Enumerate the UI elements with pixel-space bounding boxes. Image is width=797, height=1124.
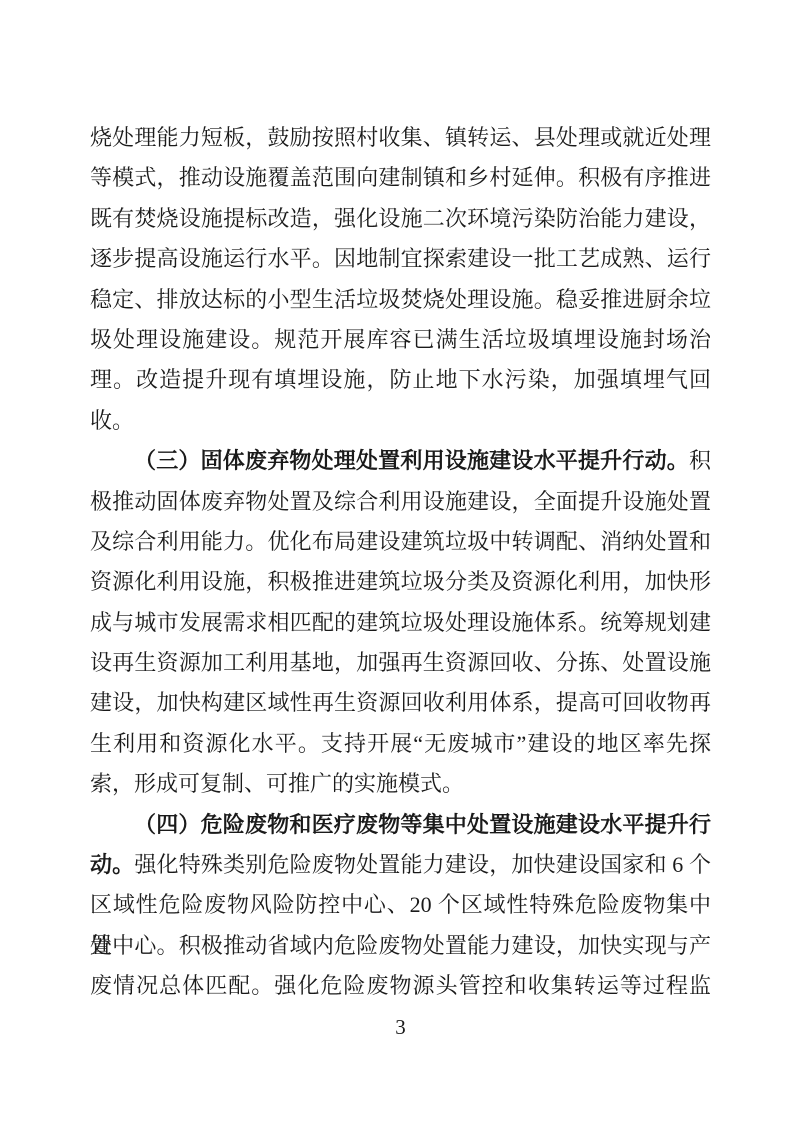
- text-line: 成与城市发展需求相匹配的建筑垃圾处理设施体系。统筹规划建: [90, 603, 711, 643]
- body-text: 理。改造提升现有填埋设施，防止地下水污染，加强填埋气回: [90, 367, 711, 392]
- section-heading-text: （三）固体废弃物处理处置利用设施建设水平提升行动。: [134, 448, 689, 473]
- text-line: 等模式，推动设施覆盖范围向建制镇和乡村延伸。积极有序推进: [90, 158, 711, 198]
- body-text: 极推动固体废弃物处置及综合利用设施建设，全面提升设施处置: [90, 489, 711, 514]
- text-line: （四）危险废物和医疗废物等集中处置设施建设水平提升行: [90, 805, 711, 845]
- body-text: 置中心。积极推动省域内危险废物处置能力建设，加快实现与产: [90, 933, 711, 958]
- text-line: 极推动固体废弃物处置及综合利用设施建设，全面提升设施处置: [90, 482, 711, 522]
- body-text: 收。: [90, 408, 134, 433]
- document-page: 烧处理能力短板，鼓励按照村收集、镇转运、县处理或就近处理等模式，推动设施覆盖范围…: [0, 0, 797, 1124]
- body-text: 稳定、排放达标的小型生活垃圾焚烧处理设施。稳妥推进厨余垃: [90, 287, 711, 312]
- text-line: 置中心。积极推动省域内危险废物处置能力建设，加快实现与产: [90, 926, 711, 966]
- body-text: 成与城市发展需求相匹配的建筑垃圾处理设施体系。统筹规划建: [90, 610, 711, 635]
- text-line: 废情况总体匹配。强化危险废物源头管控和收集转运等过程监: [90, 966, 711, 1006]
- document-body: 烧处理能力短板，鼓励按照村收集、镇转运、县处理或就近处理等模式，推动设施覆盖范围…: [90, 118, 711, 1047]
- body-text: 及综合利用能力。优化布局建设建筑垃圾中转调配、消纳处置和: [90, 529, 711, 554]
- text-line: 逐步提高设施运行水平。因地制宜探索建设一批工艺成熟、运行: [90, 239, 711, 279]
- body-text: 圾处理设施建设。规范开展库容已满生活垃圾填埋设施封场治: [90, 327, 711, 352]
- section-heading-text: 动。: [90, 852, 134, 877]
- text-line: 资源化利用设施，积极推进建筑垃圾分类及资源化利用，加快形: [90, 562, 711, 602]
- text-line: 建设，加快构建区域性再生资源回收利用体系，提高可回收物再: [90, 683, 711, 723]
- text-line: 烧处理能力短板，鼓励按照村收集、镇转运、县处理或就近处理: [90, 118, 711, 158]
- text-line: 生利用和资源化水平。支持开展“无废城市”建设的地区率先探: [90, 724, 711, 764]
- text-line: 动。强化特殊类别危险废物处置能力建设，加快建设国家和 6 个: [90, 845, 711, 885]
- body-text: 资源化利用设施，积极推进建筑垃圾分类及资源化利用，加快形: [90, 569, 711, 594]
- body-text: 强化特殊类别危险废物处置能力建设，加快建设国家和 6 个: [134, 852, 711, 877]
- text-line: 收。: [90, 401, 711, 441]
- text-line: （三）固体废弃物处理处置利用设施建设水平提升行动。积: [90, 441, 711, 481]
- body-text: 等模式，推动设施覆盖范围向建制镇和乡村延伸。积极有序推进: [90, 165, 711, 190]
- text-line: 设再生资源加工利用基地，加强再生资源回收、分拣、处置设施: [90, 643, 711, 683]
- body-text: 烧处理能力短板，鼓励按照村收集、镇转运、县处理或就近处理: [90, 125, 711, 150]
- text-line: 及综合利用能力。优化布局建设建筑垃圾中转调配、消纳处置和: [90, 522, 711, 562]
- text-line: 区域性危险废物风险防控中心、20 个区域性特殊危险废物集中处: [90, 885, 711, 925]
- text-line: 既有焚烧设施提标改造，强化设施二次环境污染防治能力建设，: [90, 199, 711, 239]
- body-text: 既有焚烧设施提标改造，强化设施二次环境污染防治能力建设，: [90, 206, 711, 231]
- body-text: 积: [689, 448, 711, 473]
- section-heading-text: （四）危险废物和医疗废物等集中处置设施建设水平提升行: [134, 812, 711, 837]
- body-text: 废情况总体匹配。强化危险废物源头管控和收集转运等过程监: [90, 973, 711, 998]
- text-line: 理。改造提升现有填埋设施，防止地下水污染，加强填埋气回: [90, 360, 711, 400]
- text-line: 圾处理设施建设。规范开展库容已满生活垃圾填埋设施封场治: [90, 320, 711, 360]
- body-text: 索，形成可复制、可推广的实施模式。: [90, 771, 464, 796]
- body-text: 逐步提高设施运行水平。因地制宜探索建设一批工艺成熟、运行: [90, 246, 711, 271]
- body-text: 设再生资源加工利用基地，加强再生资源回收、分拣、处置设施: [90, 650, 711, 675]
- body-text: 生利用和资源化水平。支持开展“无废城市”建设的地区率先探: [90, 731, 711, 756]
- body-text: 建设，加快构建区域性再生资源回收利用体系，提高可回收物再: [90, 690, 711, 715]
- text-line: 索，形成可复制、可推广的实施模式。: [90, 764, 711, 804]
- text-line: 稳定、排放达标的小型生活垃圾焚烧处理设施。稳妥推进厨余垃: [90, 280, 711, 320]
- page-number: 3: [90, 1007, 711, 1047]
